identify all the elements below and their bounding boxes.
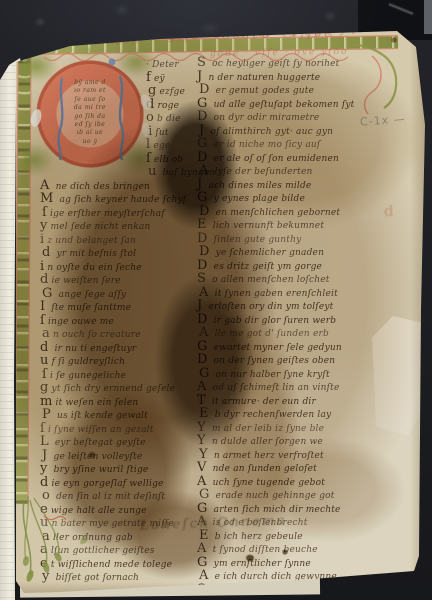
manuscript-leaf: bÿ ame dıo ram etſe aue ſoda mi trego ſi… (0, 0, 432, 600)
stain-overlay (0, 0, 432, 600)
background-edge-bar (424, 0, 432, 34)
manuscript-photo: bÿ ame dıo ram etſe aue ſoda mi trego ſi… (0, 0, 432, 600)
